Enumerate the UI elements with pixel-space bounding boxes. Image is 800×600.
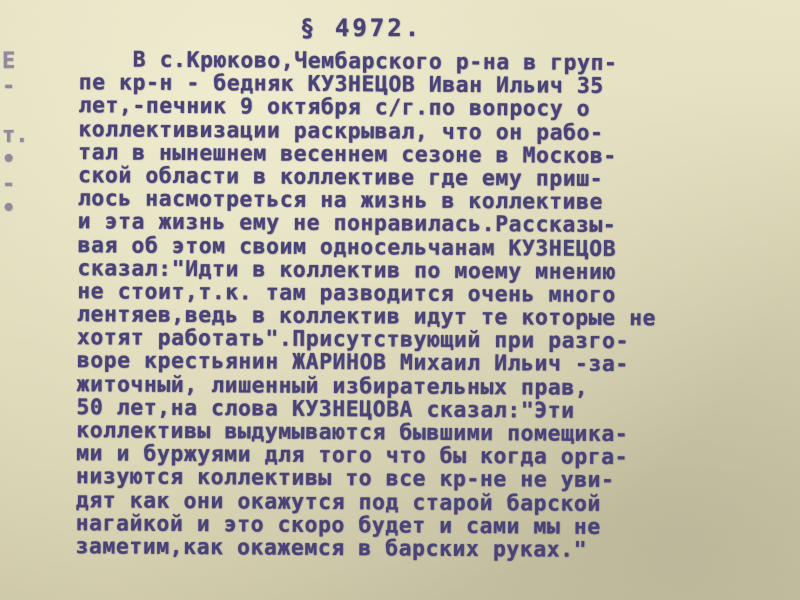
- text-line: заметим,как окажемся в барских руках.": [48, 535, 741, 563]
- margin-mark: [0, 99, 30, 124]
- typewritten-report-body: В с.Крюково,Чембарского р-на в груп- пе …: [48, 48, 745, 563]
- left-margin-marks: Е - т. • - •: [0, 50, 30, 222]
- margin-mark: •: [0, 148, 30, 173]
- margin-mark: -: [0, 75, 30, 100]
- margin-mark: •: [0, 197, 30, 222]
- document-section-number: § 4972.: [300, 14, 422, 42]
- margin-mark: Е: [0, 50, 30, 75]
- margin-mark: -: [0, 173, 30, 198]
- margin-mark: т.: [0, 124, 30, 149]
